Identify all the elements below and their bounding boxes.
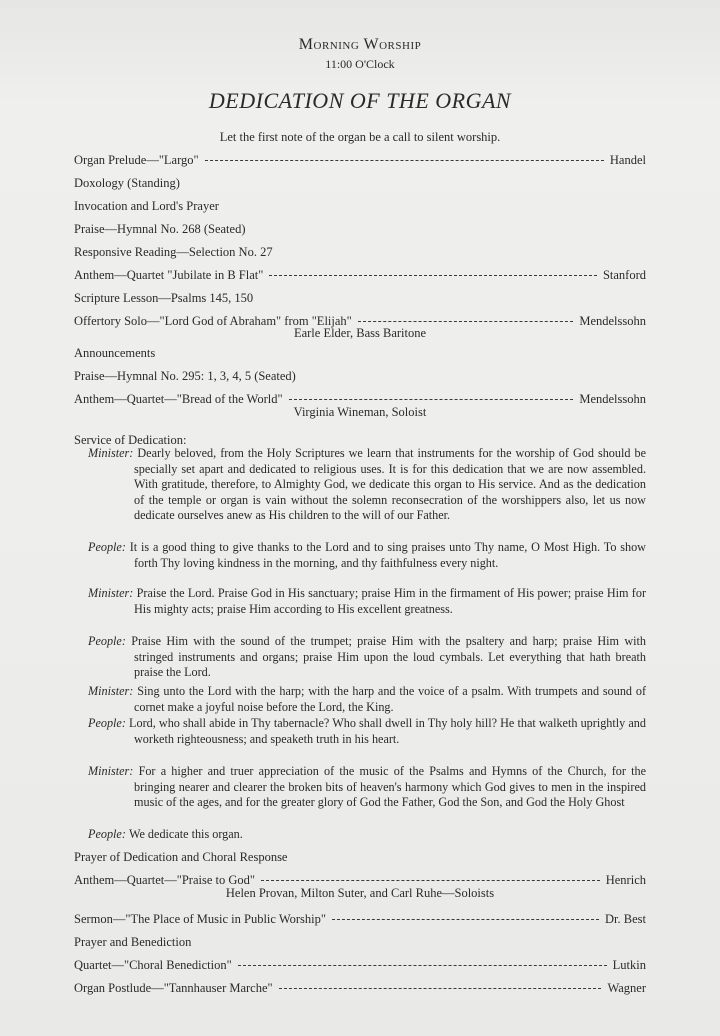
item-title: Organ Postlude—"Tannhauser Marche": [74, 980, 273, 996]
response-paragraph: People: We dedicate this organ.: [88, 827, 646, 843]
response-text: For a higher and truer appreciation of t…: [134, 764, 646, 809]
item-title: Announcements: [74, 345, 155, 361]
response-text: Praise Him with the sound of the trumpet…: [131, 634, 646, 679]
response-paragraph: Minister: For a higher and truer appreci…: [88, 764, 646, 811]
response-paragraph: Minister: Dearly beloved, from the Holy …: [88, 446, 646, 524]
response-paragraph: People: Lord, who shall abide in Thy tab…: [88, 716, 646, 747]
item-title: Quartet—"Choral Benediction": [74, 957, 232, 973]
item-composer: Dr. Best: [605, 911, 646, 927]
item-title: Prayer and Benediction: [74, 934, 191, 950]
program-item: Sermon—"The Place of Music in Public Wor…: [74, 911, 646, 927]
response-text: Sing unto the Lord with the harp; with t…: [134, 684, 646, 714]
program-item: Invocation and Lord's Prayer: [74, 198, 646, 214]
item-title: Responsive Reading—Selection No. 27: [74, 244, 273, 260]
item-title: Scripture Lesson—Psalms 145, 150: [74, 290, 253, 306]
speaker-label: Minister:: [88, 446, 137, 460]
speaker-label: People:: [88, 716, 129, 730]
leader-dots: [358, 321, 574, 322]
response-text: Dearly beloved, from the Holy Scriptures…: [134, 446, 646, 522]
leader-dots: [205, 160, 604, 161]
item-performer: Earle Elder, Bass Baritone: [74, 326, 646, 341]
program-item: Organ Postlude—"Tannhauser Marche"Wagner: [74, 980, 646, 996]
item-composer: Lutkin: [613, 957, 646, 973]
program-item: Doxology (Standing): [74, 175, 646, 191]
item-title: Invocation and Lord's Prayer: [74, 198, 219, 214]
item-title: Sermon—"The Place of Music in Public Wor…: [74, 911, 326, 927]
speaker-label: Minister:: [88, 586, 137, 600]
speaker-label: Minister:: [88, 764, 139, 778]
item-title: Organ Prelude—"Largo": [74, 152, 199, 168]
speaker-label: People:: [88, 827, 129, 841]
program-item: Praise—Hymnal No. 295: 1, 3, 4, 5 (Seate…: [74, 368, 646, 384]
service-time: 11:00 O'Clock: [74, 57, 646, 72]
page-subtitle: Let the first note of the organ be a cal…: [74, 130, 646, 145]
response-text: It is a good thing to give thanks to the…: [130, 540, 646, 570]
item-composer: Handel: [610, 152, 646, 168]
speaker-label: People:: [88, 634, 131, 648]
item-title: Prayer of Dedication and Choral Response: [74, 849, 287, 865]
response-paragraph: Minister: Sing unto the Lord with the ha…: [88, 684, 646, 715]
leader-dots: [279, 988, 602, 989]
response-paragraph: People: Praise Him with the sound of the…: [88, 634, 646, 681]
program-item: Quartet—"Choral Benediction"Lutkin: [74, 957, 646, 973]
response-text: We dedicate this organ.: [129, 827, 243, 841]
leader-dots: [332, 919, 599, 920]
program-item: Praise—Hymnal No. 268 (Seated): [74, 221, 646, 237]
response-text: Praise the Lord. Praise God in His sanct…: [134, 586, 646, 616]
response-paragraph: Minister: Praise the Lord. Praise God in…: [88, 586, 646, 617]
item-title: Doxology (Standing): [74, 175, 180, 191]
item-performer: Helen Provan, Milton Suter, and Carl Ruh…: [74, 886, 646, 901]
leader-dots: [261, 880, 600, 881]
program-item: Anthem—Quartet "Jubilate in B Flat"Stanf…: [74, 267, 646, 283]
speaker-label: Minister:: [88, 684, 137, 698]
item-composer: Stanford: [603, 267, 646, 283]
program-item: Responsive Reading—Selection No. 27: [74, 244, 646, 260]
page-title: DEDICATION OF THE ORGAN: [74, 88, 646, 114]
program-item: Prayer and Benediction: [74, 934, 646, 950]
leader-dots: [289, 399, 574, 400]
program-item: Organ Prelude—"Largo"Handel: [74, 152, 646, 168]
program-item: Scripture Lesson—Psalms 145, 150: [74, 290, 646, 306]
service-heading: Morning Worship: [74, 36, 646, 54]
leader-dots: [238, 965, 607, 966]
item-title: Anthem—Quartet "Jubilate in B Flat": [74, 267, 263, 283]
item-performer: Virginia Wineman, Soloist: [74, 405, 646, 420]
program-item: Prayer of Dedication and Choral Response: [74, 849, 646, 865]
response-paragraph: People: It is a good thing to give thank…: [88, 540, 646, 571]
item-title: Praise—Hymnal No. 268 (Seated): [74, 221, 246, 237]
item-composer: Wagner: [607, 980, 646, 996]
item-title: Praise—Hymnal No. 295: 1, 3, 4, 5 (Seate…: [74, 368, 296, 384]
program-item: Announcements: [74, 345, 646, 361]
response-text: Lord, who shall abide in Thy tabernacle?…: [129, 716, 646, 746]
leader-dots: [269, 275, 597, 276]
speaker-label: People:: [88, 540, 130, 554]
